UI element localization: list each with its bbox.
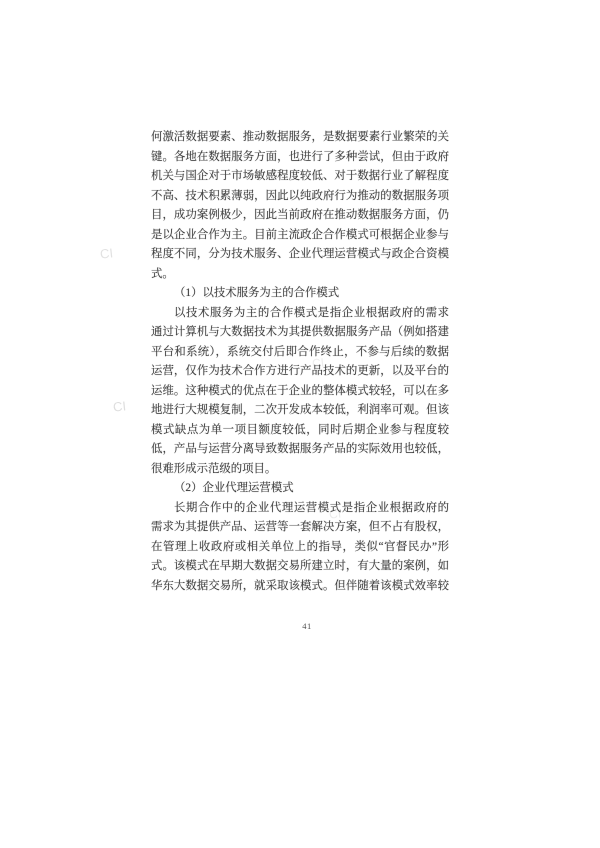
text-line: （1）以技术服务为主的合作模式 (151, 284, 449, 304)
text-line: 是以企业合作为主。目前主流政企合作模式可根据企业参与 (151, 226, 449, 246)
text-line: 目，成功案例极少，因此当前政府在推动数据服务方面，仍 (151, 206, 449, 226)
watermark-artifact: CI (112, 399, 126, 413)
text-line: 式。 (151, 265, 449, 285)
text-line: 很难形成示范级的项目。 (151, 460, 449, 480)
text-line: 平台和系统），系统交付后即合作终止，不参与后续的数据 (151, 343, 449, 363)
text-line: 地进行大规模复制，二次开发成本较低，利润率可观。但该 (151, 401, 449, 421)
text-line: 需求为其提供产品、运营等一套解决方案，但不占有股权， (151, 518, 449, 538)
text-line: 在管理上收政府或相关单位上的指导，类似“官督民办”形 (151, 538, 449, 558)
text-line: 运营，仅作为技术合作方进行产品技术的更新，以及平台的 (151, 362, 449, 382)
text-line: 以技术服务为主的合作模式是指企业根据政府的需求 (151, 304, 449, 324)
watermark-artifact: CI (99, 246, 113, 260)
text-line: 模式缺点为单一项目额度较低，同时后期企业参与程度较 (151, 421, 449, 441)
text-line: 键。各地在数据服务方面，也进行了多种尝试，但由于政府 (151, 148, 449, 168)
page-number: 41 (151, 621, 463, 631)
text-line: （2）企业代理运营模式 (151, 479, 449, 499)
text-line: 不高、技术积累薄弱，因此以纯政府行为推动的数据服务项 (151, 187, 449, 207)
text-line: 华东大数据交易所，就采取该模式。但伴随着该模式效率较 (151, 577, 449, 597)
document-page: CICICICI 何激活数据要素、推动数据服务，是数据要素行业繁荣的关键。各地在… (0, 0, 600, 848)
text-line: 低，产品与运营分离导致数据服务产品的实际效用也较低， (151, 440, 449, 460)
text-line: 机关与国企对于市场敏感程度较低、对于数据行业了解程度 (151, 167, 449, 187)
text-line: 程度不同，分为技术服务、企业代理运营模式与政企合资模 (151, 245, 449, 265)
text-line: 运维。这种模式的优点在于企业的整体模式较轻，可以在多 (151, 382, 449, 402)
text-line: 式。该模式在早期大数据交易所建立时，有大量的案例，如 (151, 557, 449, 577)
body-text: 何激活数据要素、推动数据服务，是数据要素行业繁荣的关键。各地在数据服务方面，也进… (151, 128, 449, 596)
text-line: 长期合作中的企业代理运营模式是指企业根据政府的 (151, 499, 449, 519)
text-line: 通过计算机与大数据技术为其提供数据服务产品（例如搭建 (151, 323, 449, 343)
text-line: 何激活数据要素、推动数据服务，是数据要素行业繁荣的关 (151, 128, 449, 148)
